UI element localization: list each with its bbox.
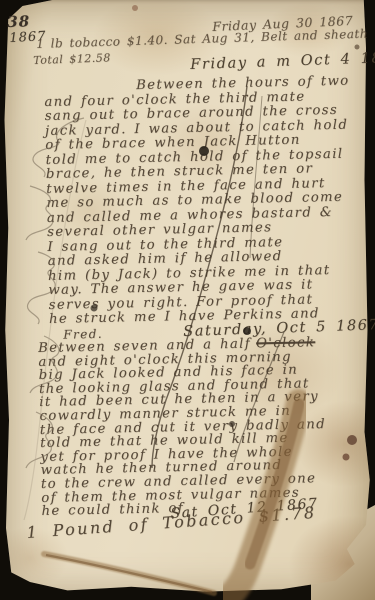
- scanned-journal-photo: 38 1867 Friday Aug 30 1867 1 lb tobacco …: [0, 0, 375, 600]
- note-total: Total $12.58: [33, 51, 111, 67]
- entry-body: Between seven and a halfO'clock and eigh…: [38, 335, 372, 519]
- page-number: 38: [7, 12, 30, 31]
- entry-body: Between the hours of two and four o'cloc…: [44, 74, 375, 342]
